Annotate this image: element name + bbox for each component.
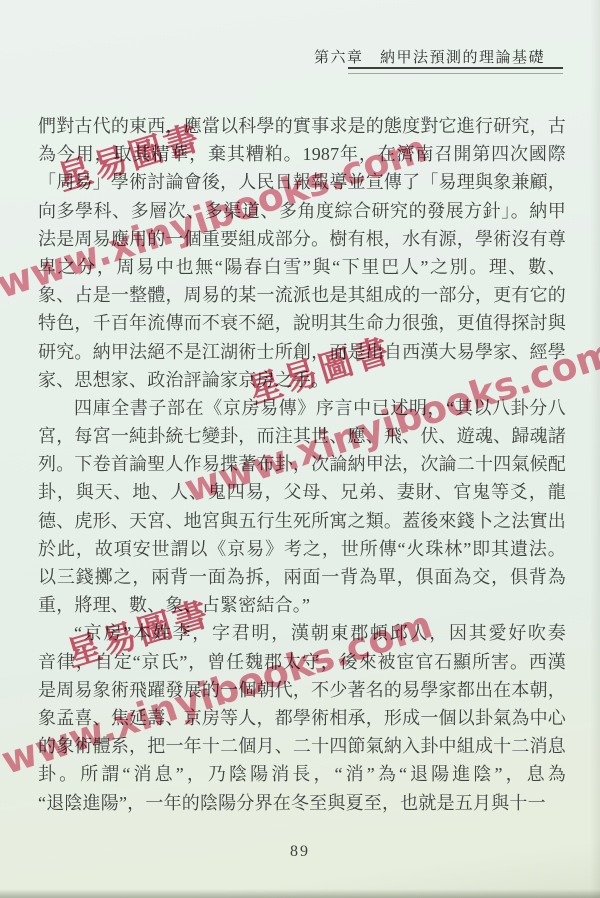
body-text-line: 法是周易應用的一個重要組成部分。樹有根，水有源，學術沒有尊 [38,225,566,253]
header-rule [348,67,563,74]
page-right-shadow [590,0,600,898]
body-text-line: 象、占是一整體，周易的某一流派也是其組成的一部分，更有它的 [38,281,566,309]
body-text-line: 列。下卷首論聖人作易揲蓍布卦，次論納甲法，次論二十四氣候配 [38,450,566,478]
book-page: 第六章 納甲法預測的理論基礎 們對古代的東西，應當以科學的實事求是的態度對它進行… [0,0,600,898]
body-text-line: 特色，千百年流傳而不衰不絕，說明其生命力很強，更值得探討與 [38,309,566,337]
page-bottom-shadow [0,889,600,898]
body-text: 們對古代的東西，應當以科學的實事求是的態度對它進行研究，古為今用，取其精華，棄其… [38,112,566,817]
body-text-line: 「周易」學術討論會後，人民日報報導並宣傳了「易理與象兼顧， [38,168,566,196]
body-text-line: 卦。所謂“消息”，乃陰陽消長，“消”為“退陽進陰”，息為 [38,760,566,788]
body-text-line: 於此，故項安世謂以《京易》考之，世所傳“火珠林”即其遺法。 [38,535,566,563]
body-text-line: 們對古代的東西，應當以科學的實事求是的態度對它進行研究，古 [38,112,566,140]
body-text-line: 卑之分，周易中也無“陽春白雪”與“下里巴人”之別。理、數、 [38,253,566,281]
chapter-header-title: 第六章 納甲法預測的理論基礎 [314,46,545,67]
body-text-line: 音律，自定“京氏”，曾任魏郡太守，後來被宦官石顯所害。西漢 [38,648,566,676]
body-text-line: 是周易象術飛躍發展的一個朝代，不少著名的易學家都出在本朝， [38,676,566,704]
body-text-line: 德、虎形、天宮、地宮與五行生死所寓之類。蓋後來錢卜之法實出 [38,507,566,535]
body-text-line: 向多學科、多層次、多渠道、多角度綜合研究的發展方針」。納甲 [38,197,566,225]
body-text-line: 四庫全書子部在《京房易傳》序言中已述明，“其以八卦分八 [38,394,566,422]
page-number: 89 [0,843,600,861]
body-text-line: 研究。納甲法絕不是江湖術士所創，而是出自西漢大易學家、經學 [38,338,566,366]
body-text-line: 為今用，取其精華，棄其糟粕。1987年，在濟南召開第四次國際 [38,140,566,168]
body-text-line: 宮，每宮一純卦統七變卦，而注其世、應、飛、伏、遊魂、歸魂諸 [38,422,566,450]
body-text-line: “退陰進陽”，一年的陰陽分界在冬至與夏至，也就是五月與十一 [38,789,566,817]
body-text-line: 卦，與天、地、人、鬼四易，父母、兄弟、妻財、官鬼等爻，龍 [38,478,566,506]
body-text-line: 家、思想家、政治評論家京房之手。 [38,366,566,394]
body-text-line: “京房”本姓李，字君明，漢朝東郡頓邱人，因其愛好吹奏 [38,619,566,647]
body-text-line: 重，將理、數、象、占緊密結合。” [38,591,566,619]
body-text-line: 以三錢擲之，兩背一面為拆，兩面一背為單，俱面為交，俱背為 [38,563,566,591]
body-text-line: 象孟喜、焦延壽、京房等人，都學術相承，形成一個以卦氣為中心 [38,704,566,732]
body-text-line: 的象術體系，把一年十二個月、二十四節氣納入卦中組成十二消息 [38,732,566,760]
